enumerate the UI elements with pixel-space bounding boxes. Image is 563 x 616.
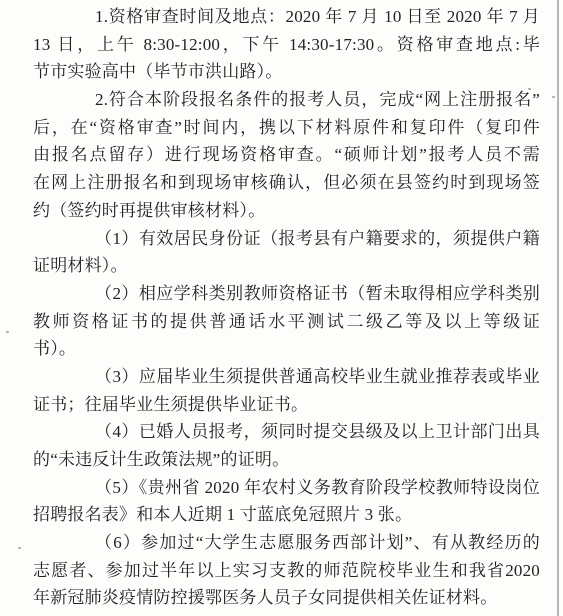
text-line: （3）应届毕业生须提供普通高校毕业生就业推荐表或毕业 xyxy=(33,363,540,391)
text-line: 证书；往届毕业生须提供毕业证书。 xyxy=(33,391,540,419)
text-line: 后，在“资格审查”时间内，携以下材料原件和复印件（复印件 xyxy=(33,114,540,142)
document-text: 1.资格审查时间及地点：2020 年 7 月 10 日至 2020 年 7 月1… xyxy=(33,3,540,612)
text-line: （1）有效居民身份证（报考县有户籍要求的，须提供户籍 xyxy=(33,225,540,253)
text-line: 约（签约时再提供审核材料）。 xyxy=(33,197,540,225)
text-line: （4）已婚人员报考，须同时提交县级及以上卫计部门出具 xyxy=(33,418,540,446)
text-line: 节市实验高中（毕节市洪山路）。 xyxy=(33,58,540,86)
text-line: 的“未违反计生政策法规”的证明。 xyxy=(33,446,540,474)
text-line: 年新冠肺炎疫情防控援鄂医务人员子女同提供相关佐证材料。 xyxy=(33,584,540,612)
text-line: （2）相应学科类别教师资格证书（暂未取得相应学科类别 xyxy=(33,280,540,308)
text-line: 招聘报名表》和本人近期 1 寸蓝底免冠照片 3 张。 xyxy=(33,501,540,529)
text-line: （6）参加过“大学生志愿服务西部计划”、有从教经历的 xyxy=(33,529,540,557)
scanned-document-page: 1.资格审查时间及地点：2020 年 7 月 10 日至 2020 年 7 月1… xyxy=(0,0,563,616)
scan-speck xyxy=(6,331,9,333)
text-line: 1.资格审查时间及地点：2020 年 7 月 10 日至 2020 年 7 月 xyxy=(33,3,540,31)
page-edge-line xyxy=(557,0,559,616)
text-line: 教师资格证书的提供普通话水平测试二级乙等及以上等级证 xyxy=(33,308,540,336)
text-line: 2.符合本阶段报名条件的报考人员，完成“网上注册报名” xyxy=(33,86,540,114)
text-line: 在网上注册报名和到现场审核确认，但必须在县签约时到现场签 xyxy=(33,169,540,197)
text-line: 书）。 xyxy=(33,335,540,363)
scan-speck xyxy=(552,96,555,98)
text-line: （5）《贵州省 2020 年农村义务教育阶段学校教师特设岗位 xyxy=(33,474,540,502)
scan-speck xyxy=(528,88,531,90)
scan-speck xyxy=(531,35,534,37)
scan-speck xyxy=(18,547,21,549)
text-line: 志愿者、参加过半年以上实习支教的师范院校毕业生和我省2020 xyxy=(33,557,540,585)
text-line: 13 日，上午 8:30-12:00，下午 14:30-17:30。资格审查地点… xyxy=(33,31,540,59)
text-line: 证明材料）。 xyxy=(33,252,540,280)
text-line: 由报名点留存）进行现场资格审查。“硕师计划”报考人员不需 xyxy=(33,141,540,169)
